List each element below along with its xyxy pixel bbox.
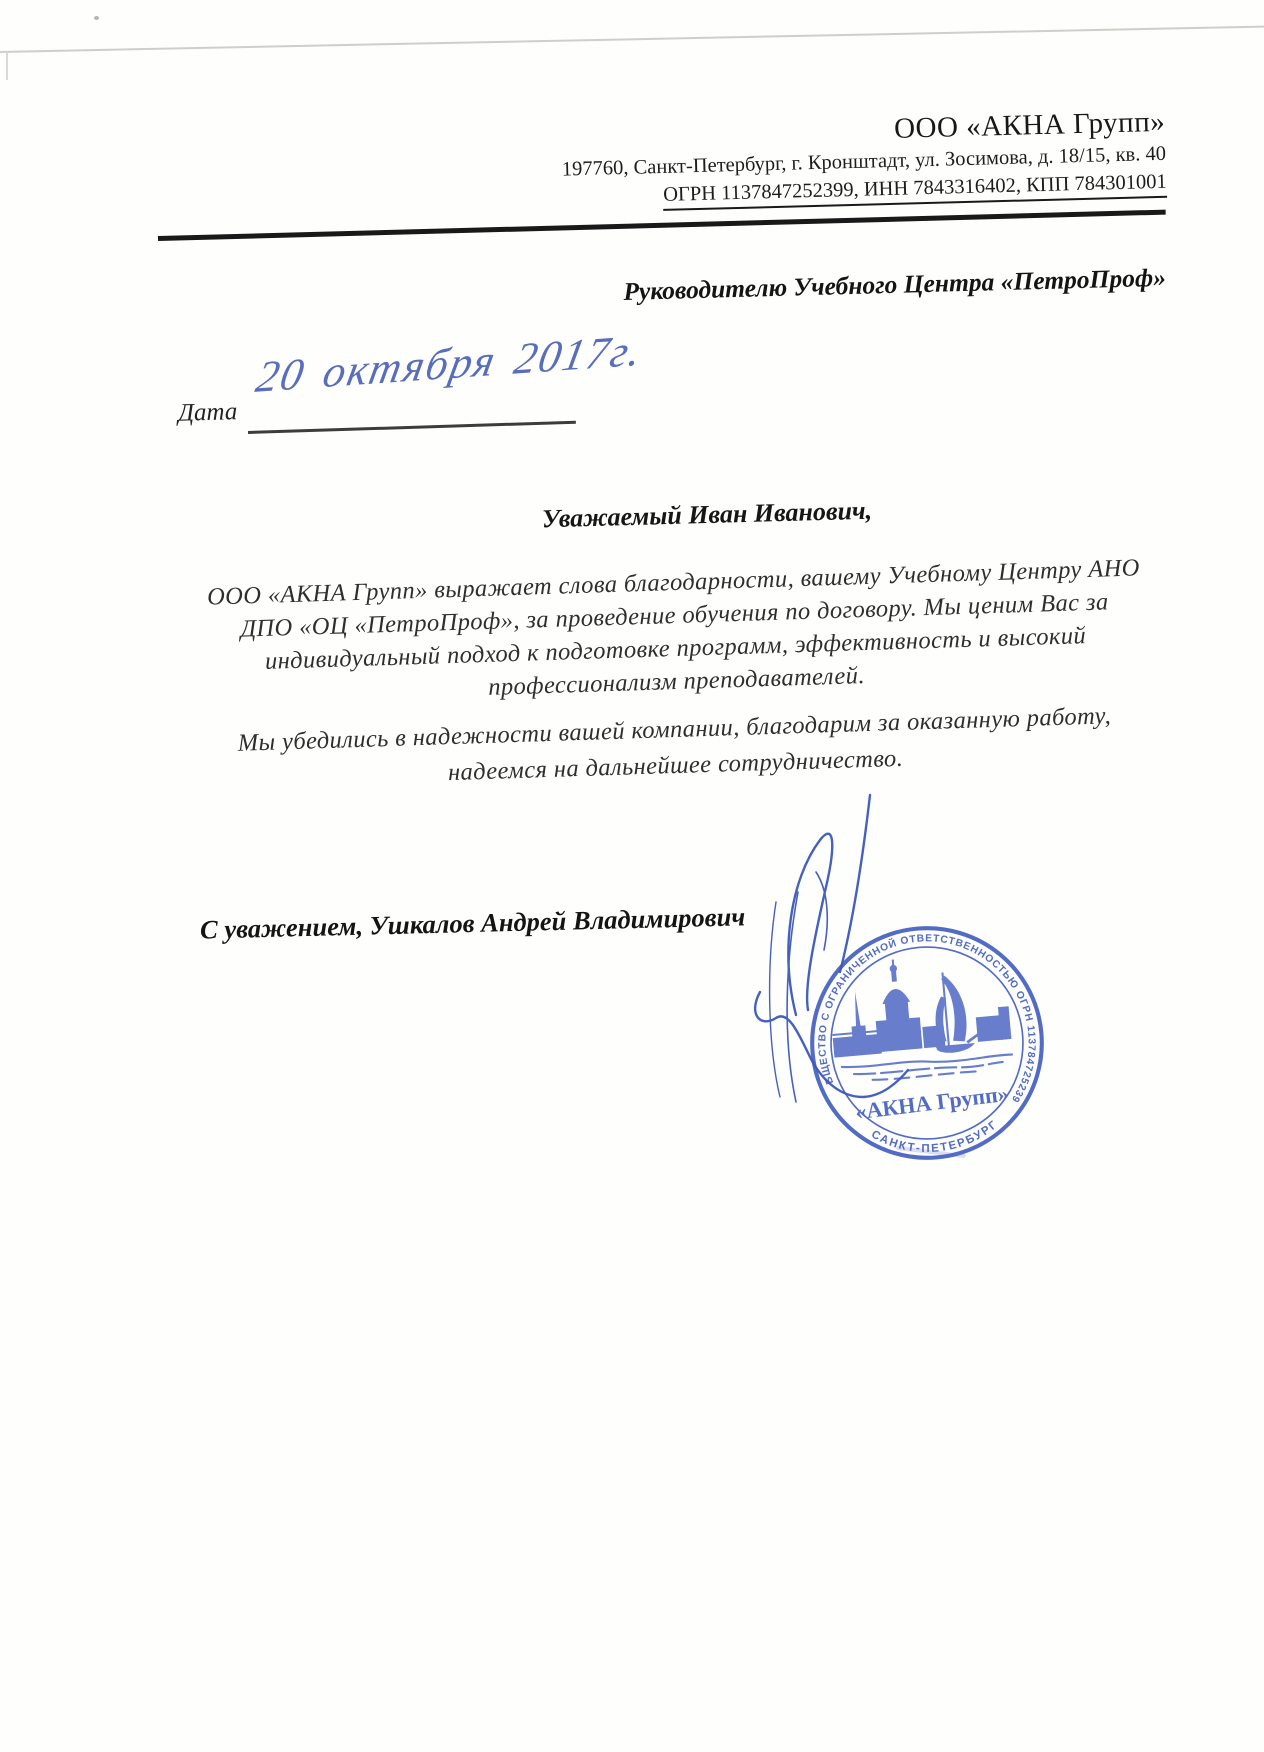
scanned-letter-page: { "letter": { "header": { "company": "ОО… — [0, 0, 1264, 1752]
scan-speck — [94, 16, 99, 20]
date-underline — [248, 421, 576, 434]
letterhead: ООО «АКНА Групп» 197760, Санкт-Петербург… — [459, 105, 1167, 216]
scan-paper-edge-line — [0, 26, 1264, 53]
letterhead-divider — [158, 210, 1166, 241]
addressee-line: Руководителю Учебного Центра «ПетроПроф» — [460, 263, 1167, 311]
salutation: Уважаемый Иван Иванович, — [150, 485, 1264, 544]
signoff-line: С уважением, Ушкалов Андрей Владимирович — [200, 901, 746, 945]
signature-scribble — [668, 752, 918, 1142]
body-paragraph-1: ООО «АКНА Групп» выражает слова благодар… — [158, 550, 1192, 714]
date-label: Дата — [178, 398, 238, 428]
handwritten-date: 20 октября 2017г. — [252, 324, 647, 403]
scan-paper-edge-corner — [6, 53, 8, 80]
